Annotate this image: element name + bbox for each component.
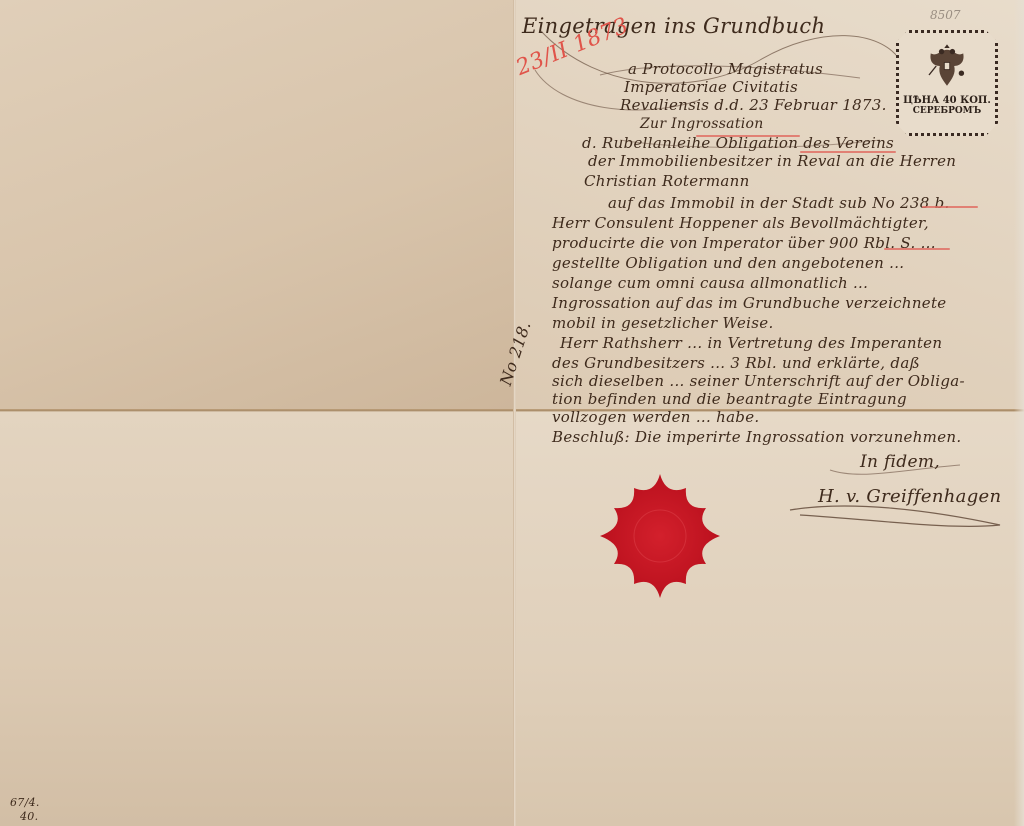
body-line: sich dieselben ... seiner Unterschrift a… — [552, 372, 965, 390]
stamp-price: ЦѢНА 40 КОП. — [899, 95, 995, 106]
signature: H. v. Greiffenhagen — [818, 486, 1001, 507]
body-line: Christian Rotermann — [584, 172, 750, 190]
corner-note-2: 40. — [20, 810, 38, 823]
corner-note-1: 67/4. — [10, 796, 40, 809]
decision-line: Beschluß: Die imperirte Ingrossation vor… — [552, 428, 961, 446]
address-line-2: Imperatoriae Civitatis — [624, 78, 798, 96]
closing-in-fidem: In fidem, — [860, 452, 940, 472]
body-line: auf das Immobil in der Stadt sub No 238 … — [608, 194, 950, 212]
stamp-currency: СЕРЕБРОМЪ — [899, 106, 995, 116]
red-underline — [884, 248, 950, 250]
address-line-3: Revaliensis d.d. 23 Februar 1873. — [620, 96, 887, 114]
body-line: gestellte Obligation und den angebotenen… — [552, 254, 904, 272]
archive-number: 8507 — [930, 8, 961, 22]
revenue-stamp: ЦѢНА 40 КОП. СЕРЕБРОМЪ — [896, 30, 998, 136]
body-line: Herr Consulent Hoppener als Bevollmächti… — [552, 214, 929, 232]
red-wax-seal-icon — [594, 470, 726, 602]
body-line: vollzogen werden ... habe. — [552, 408, 759, 426]
body-line: der Immobilienbesitzer in Reval an die H… — [588, 152, 956, 170]
subject-line: Zur Ingrossation — [640, 116, 764, 132]
body-line: solange cum omni causa allmonatlich ... — [552, 274, 868, 292]
body-line: des Grundbesitzers ... 3 Rbl. und erklär… — [552, 354, 920, 372]
body-line: d. Rubellanleihe Obligation des Vereins — [582, 134, 894, 152]
panel-bottom-left — [0, 412, 514, 826]
horizontal-fold-crease — [0, 409, 1024, 412]
vertical-fold-crease — [513, 0, 516, 826]
double-headed-eagle-icon — [920, 39, 974, 93]
panel-top-left — [0, 0, 514, 410]
body-line: producirte die von Imperator über 900 Rb… — [552, 234, 936, 252]
panel-bottom-right — [516, 412, 1024, 826]
document-sheet: 8507 Eingetragen ins Grundbuch 23/II 187… — [0, 0, 1024, 826]
red-underline — [922, 206, 978, 208]
address-line-1: a Protocollo Magistratus — [628, 60, 823, 78]
body-line: mobil in gesetzlicher Weise. — [552, 314, 774, 332]
body-line: Ingrossation auf das im Grundbuche verze… — [552, 294, 946, 312]
body-line: Herr Rathsherr ... in Vertretung des Imp… — [560, 334, 942, 352]
paper-edge — [1014, 0, 1024, 826]
body-line: tion befinden und die beantragte Eintrag… — [552, 390, 907, 408]
